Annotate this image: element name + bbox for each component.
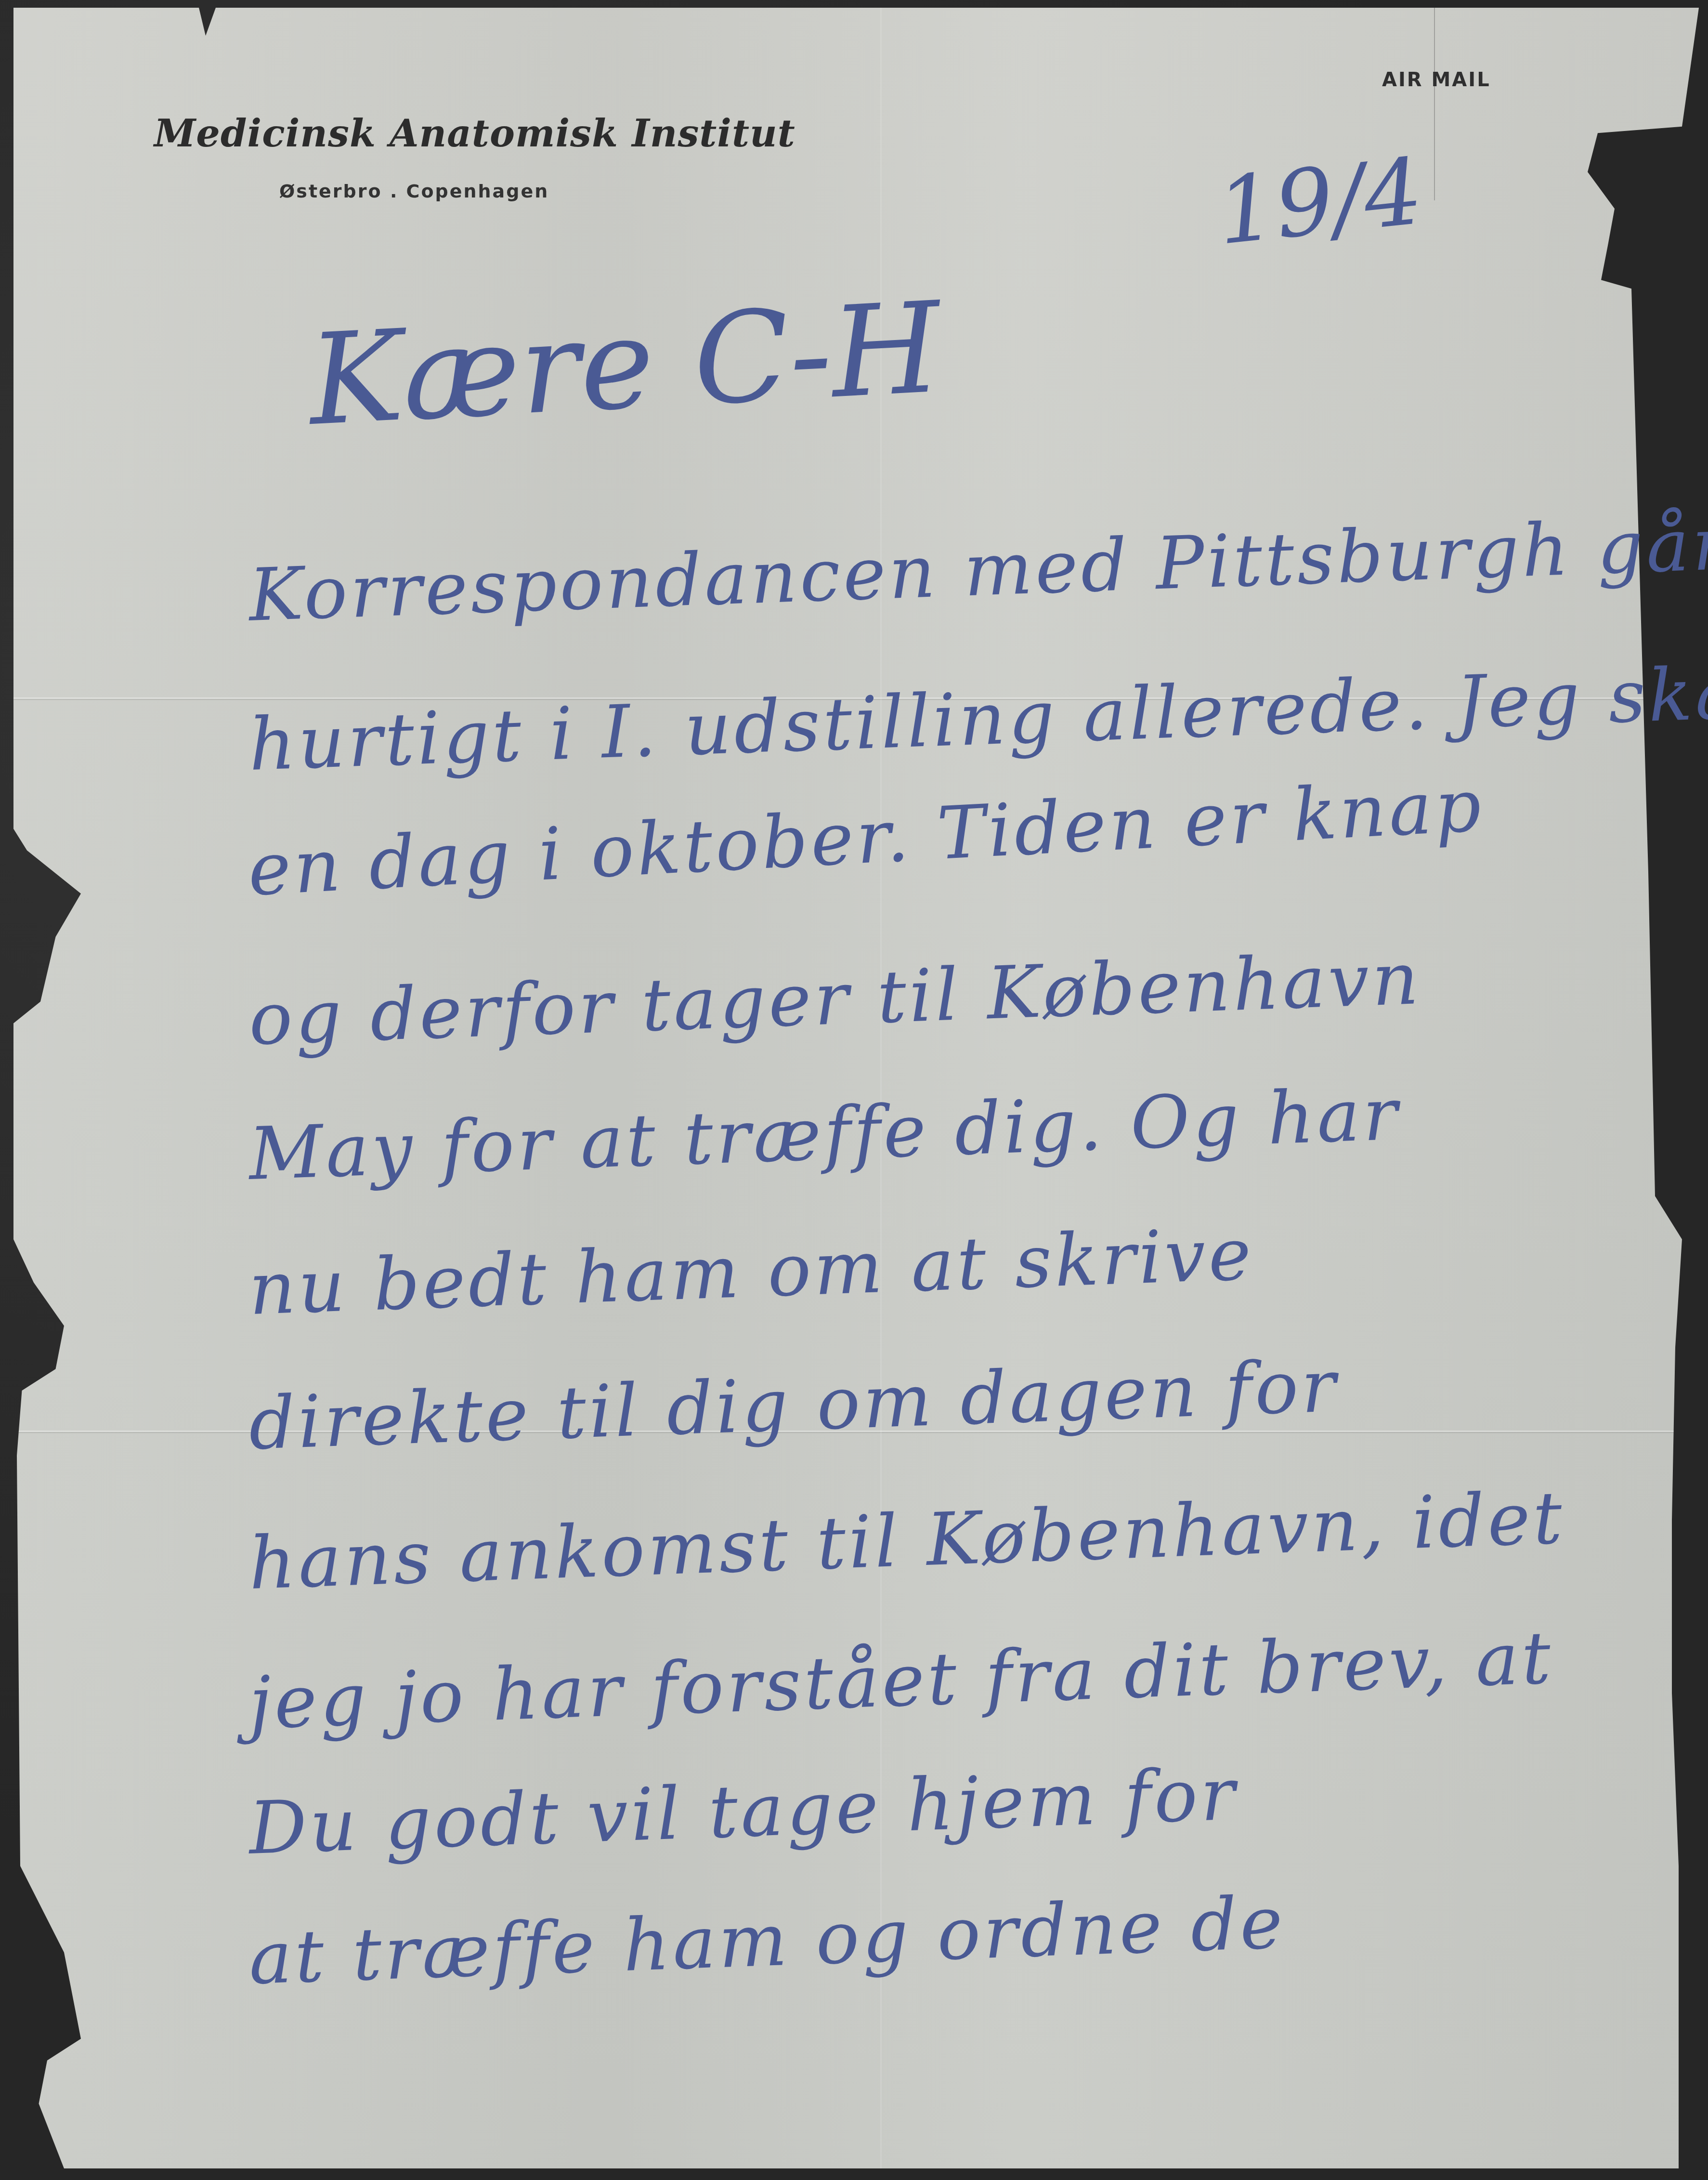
tear-line — [1434, 8, 1435, 200]
air-mail-label: AIR MAIL — [1382, 69, 1491, 91]
handwritten-date: 19/4 — [1212, 138, 1427, 265]
letterhead-institution: Medicinsk Anatomisk Institut — [154, 112, 795, 156]
letterhead-address: Østerbro . Copenhagen — [279, 181, 549, 202]
